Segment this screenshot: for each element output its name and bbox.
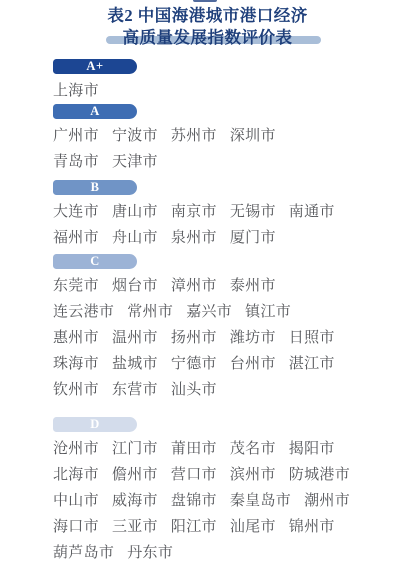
title-line-1: 表2 中国海港城市港口经济	[0, 4, 415, 27]
grade-section-d: D 沧州市 江门市 莆田市 茂名市 揭阳市 北海市 儋州市 营口市 滨州市 防城…	[53, 417, 415, 566]
city-row: 青岛市 天津市	[53, 149, 415, 175]
city-row: 广州市 宁波市 苏州市 深圳市	[53, 123, 415, 149]
city-row: 大连市 唐山市 南京市 无锡市 南通市	[53, 199, 415, 225]
grade-section-a: A 广州市 宁波市 苏州市 深圳市 青岛市 天津市	[53, 104, 415, 175]
grade-section-b: B 大连市 唐山市 南京市 无锡市 南通市 福州市 舟山市 泉州市 厦门市	[53, 180, 415, 251]
top-crop-remnant-bar	[193, 0, 217, 2]
city-row: 福州市 舟山市 泉州市 厦门市	[53, 225, 415, 251]
city-row: 珠海市 盐城市 宁德市 台州市 湛江市	[53, 351, 415, 377]
city-row: 钦州市 东营市 汕头市	[53, 377, 415, 403]
grades-list: A+ 上海市 A 广州市 宁波市 苏州市 深圳市 青岛市 天津市 B 大连市 唐…	[0, 59, 415, 566]
grade-section-c: C 东莞市 烟台市 漳州市 泰州市 连云港市 常州市 嘉兴市 镇江市 惠州市 温…	[53, 254, 415, 403]
city-row: 葫芦岛市 丹东市	[53, 540, 415, 566]
city-row: 惠州市 温州市 扬州市 潍坊市 日照市	[53, 325, 415, 351]
grade-badge-d: D	[53, 417, 137, 432]
city-row: 沧州市 江门市 莆田市 茂名市 揭阳市	[53, 436, 415, 462]
city-row: 上海市	[53, 78, 415, 104]
city-row: 中山市 威海市 盘锦市 秦皇岛市 潮州市	[53, 488, 415, 514]
grade-section-a-plus: A+ 上海市	[53, 59, 415, 104]
grade-badge-b: B	[53, 180, 137, 195]
figure-title: 表2 中国海港城市港口经济 高质量发展指数评价表	[0, 0, 415, 49]
port-economy-index-figure: 表2 中国海港城市港口经济 高质量发展指数评价表 A+ 上海市 A 广州市 宁波…	[0, 0, 415, 568]
grade-badge-a: A	[53, 104, 137, 119]
city-row: 连云港市 常州市 嘉兴市 镇江市	[53, 299, 415, 325]
city-row: 东莞市 烟台市 漳州市 泰州市	[53, 273, 415, 299]
city-row: 北海市 儋州市 营口市 滨州市 防城港市	[53, 462, 415, 488]
city-row: 海口市 三亚市 阳江市 汕尾市 锦州市	[53, 514, 415, 540]
title-line-2-wrap: 高质量发展指数评价表	[123, 27, 293, 49]
grade-badge-c: C	[53, 254, 137, 269]
title-line-2: 高质量发展指数评价表	[123, 28, 293, 47]
grade-badge-a-plus: A+	[53, 59, 137, 74]
